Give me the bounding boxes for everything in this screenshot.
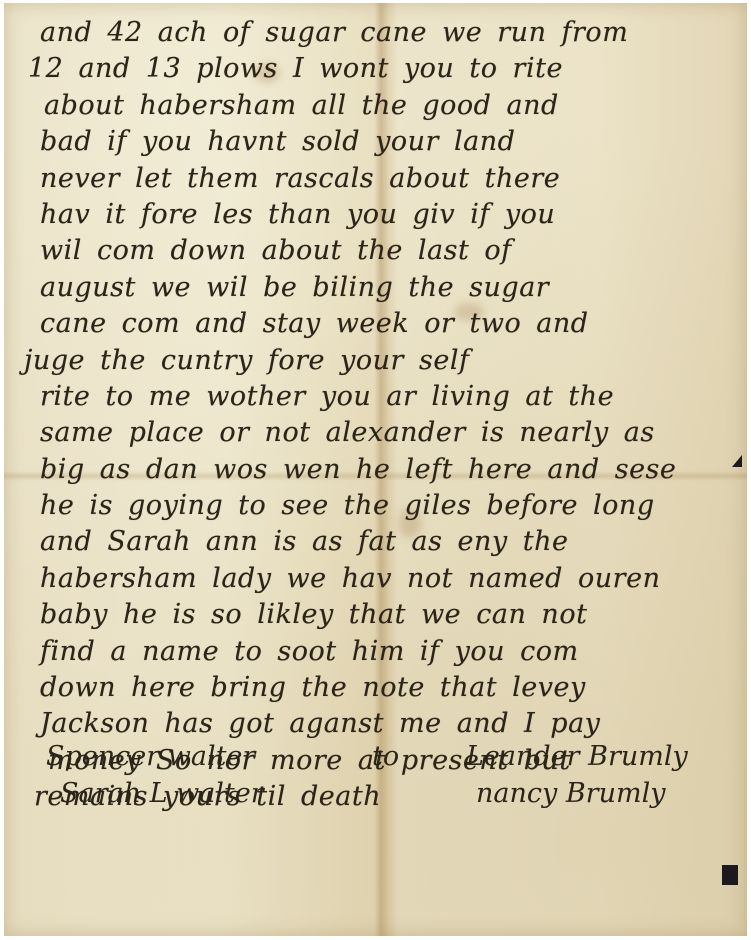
letter-line: big as dan wos wen he left here and sese [40,452,740,488]
letter-line: and 42 ach of sugar cane we run from [40,15,740,51]
letter-body: and 42 ach of sugar cane we run from 12 … [40,15,740,816]
letter-line: he is goying to see the giles before lon… [40,488,740,524]
letter-line: bad if you havnt sold your land [40,124,740,160]
letter-line: rite to me wother you ar living at the [40,379,740,415]
letter-line: and Sarah ann is as fat as eny the [40,524,740,560]
ink-blot [722,865,738,885]
letter-line: Jackson has got aganst me and I pay [40,706,740,742]
signature-spencer-walter: Spencer walter [46,741,255,772]
letter-line: cane com and stay week or two and [40,306,740,342]
signature-sarah-walter: Sarah L walter [60,778,264,809]
letter-line: wil com down about the last of [40,233,740,269]
letter-line: habersham lady we hav not named ouren [40,561,740,597]
letter-page: and 42 ach of sugar cane we run from 12 … [4,3,747,936]
letter-line: never let them rascals about there [40,161,740,197]
letter-line: find a name to soot him if you com [40,634,740,670]
letter-line: down here bring the note that levey [40,670,740,706]
signature-nancy-brumly: nancy Brumly [476,778,665,809]
letter-line: juge the cuntry fore your self [24,343,740,379]
letter-line: about habersham all the good and [44,88,740,124]
letter-line: hav it fore les than you giv if you [40,197,740,233]
signature-connector: to [372,741,399,772]
letter-line: 12 and 13 plows I wont you to rite [28,51,740,87]
letter-line: baby he is so likley that we can not [40,597,740,633]
letter-line: august we wil be biling the sugar [40,270,740,306]
signature-leander-brumly: Leander Brumly [466,741,688,772]
bleed-through-text [44,823,724,931]
letter-line: same place or not alexander is nearly as [40,415,740,451]
